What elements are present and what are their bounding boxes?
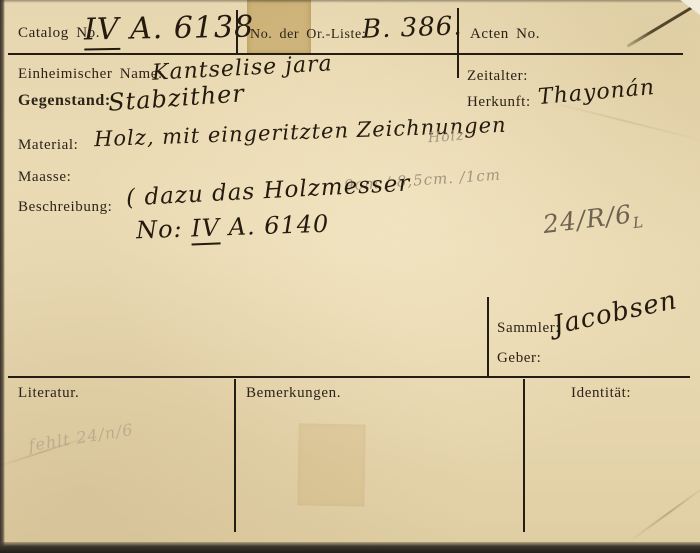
bemerkungen-label: Bemerkungen. [246, 385, 341, 402]
photo-edge-left [0, 0, 5, 553]
beschreibung-roman-numeral: IV [191, 213, 221, 245]
header-rule [8, 53, 683, 55]
footer-rule [8, 376, 690, 378]
catalog-no-value: IV A. 6138 [84, 10, 255, 48]
footer-divider-right [523, 379, 525, 532]
tape-remnant-bottom [297, 423, 365, 506]
einheimischer-name-label: Einheimischer Name: [18, 66, 163, 83]
beschreibung-no-label: No: [136, 215, 183, 245]
pencil-material-note: Holz [427, 128, 465, 147]
zeitalter-label: Zeitalter: [467, 68, 528, 85]
herkunft-label: Herkunft: [467, 94, 531, 111]
acten-no-label: Acten No. [470, 26, 540, 43]
orliste-label: No. der Or.-Liste: [250, 27, 366, 43]
maasse-label: Maasse: [18, 169, 71, 186]
material-label: Material: [18, 137, 78, 154]
inventory-ref-sub: L [632, 213, 645, 232]
gegenstand-label: Gegenstand: [18, 92, 111, 110]
photo-edge-bottom [0, 542, 700, 553]
sammler-divider [487, 297, 489, 378]
catalog-roman-numeral: IV [84, 12, 120, 51]
orliste-value: B. 386. [362, 11, 464, 44]
footer-divider-left [234, 379, 236, 532]
beschreibung-label: Beschreibung: [18, 199, 112, 216]
literatur-label: Literatur. [18, 385, 79, 402]
photo-edge-top [0, 0, 700, 3]
identitaet-label: Identität: [571, 385, 631, 402]
header-divider-1 [236, 10, 238, 54]
beschreibung-no-number: A. 6140 [228, 210, 330, 241]
sammler-label: Sammler: [497, 320, 560, 337]
geber-label: Geber: [497, 350, 541, 367]
header-divider-2 [457, 8, 459, 78]
catalog-card-scan: Catalog No. IV A. 6138 No. der Or.-Liste… [0, 0, 700, 553]
